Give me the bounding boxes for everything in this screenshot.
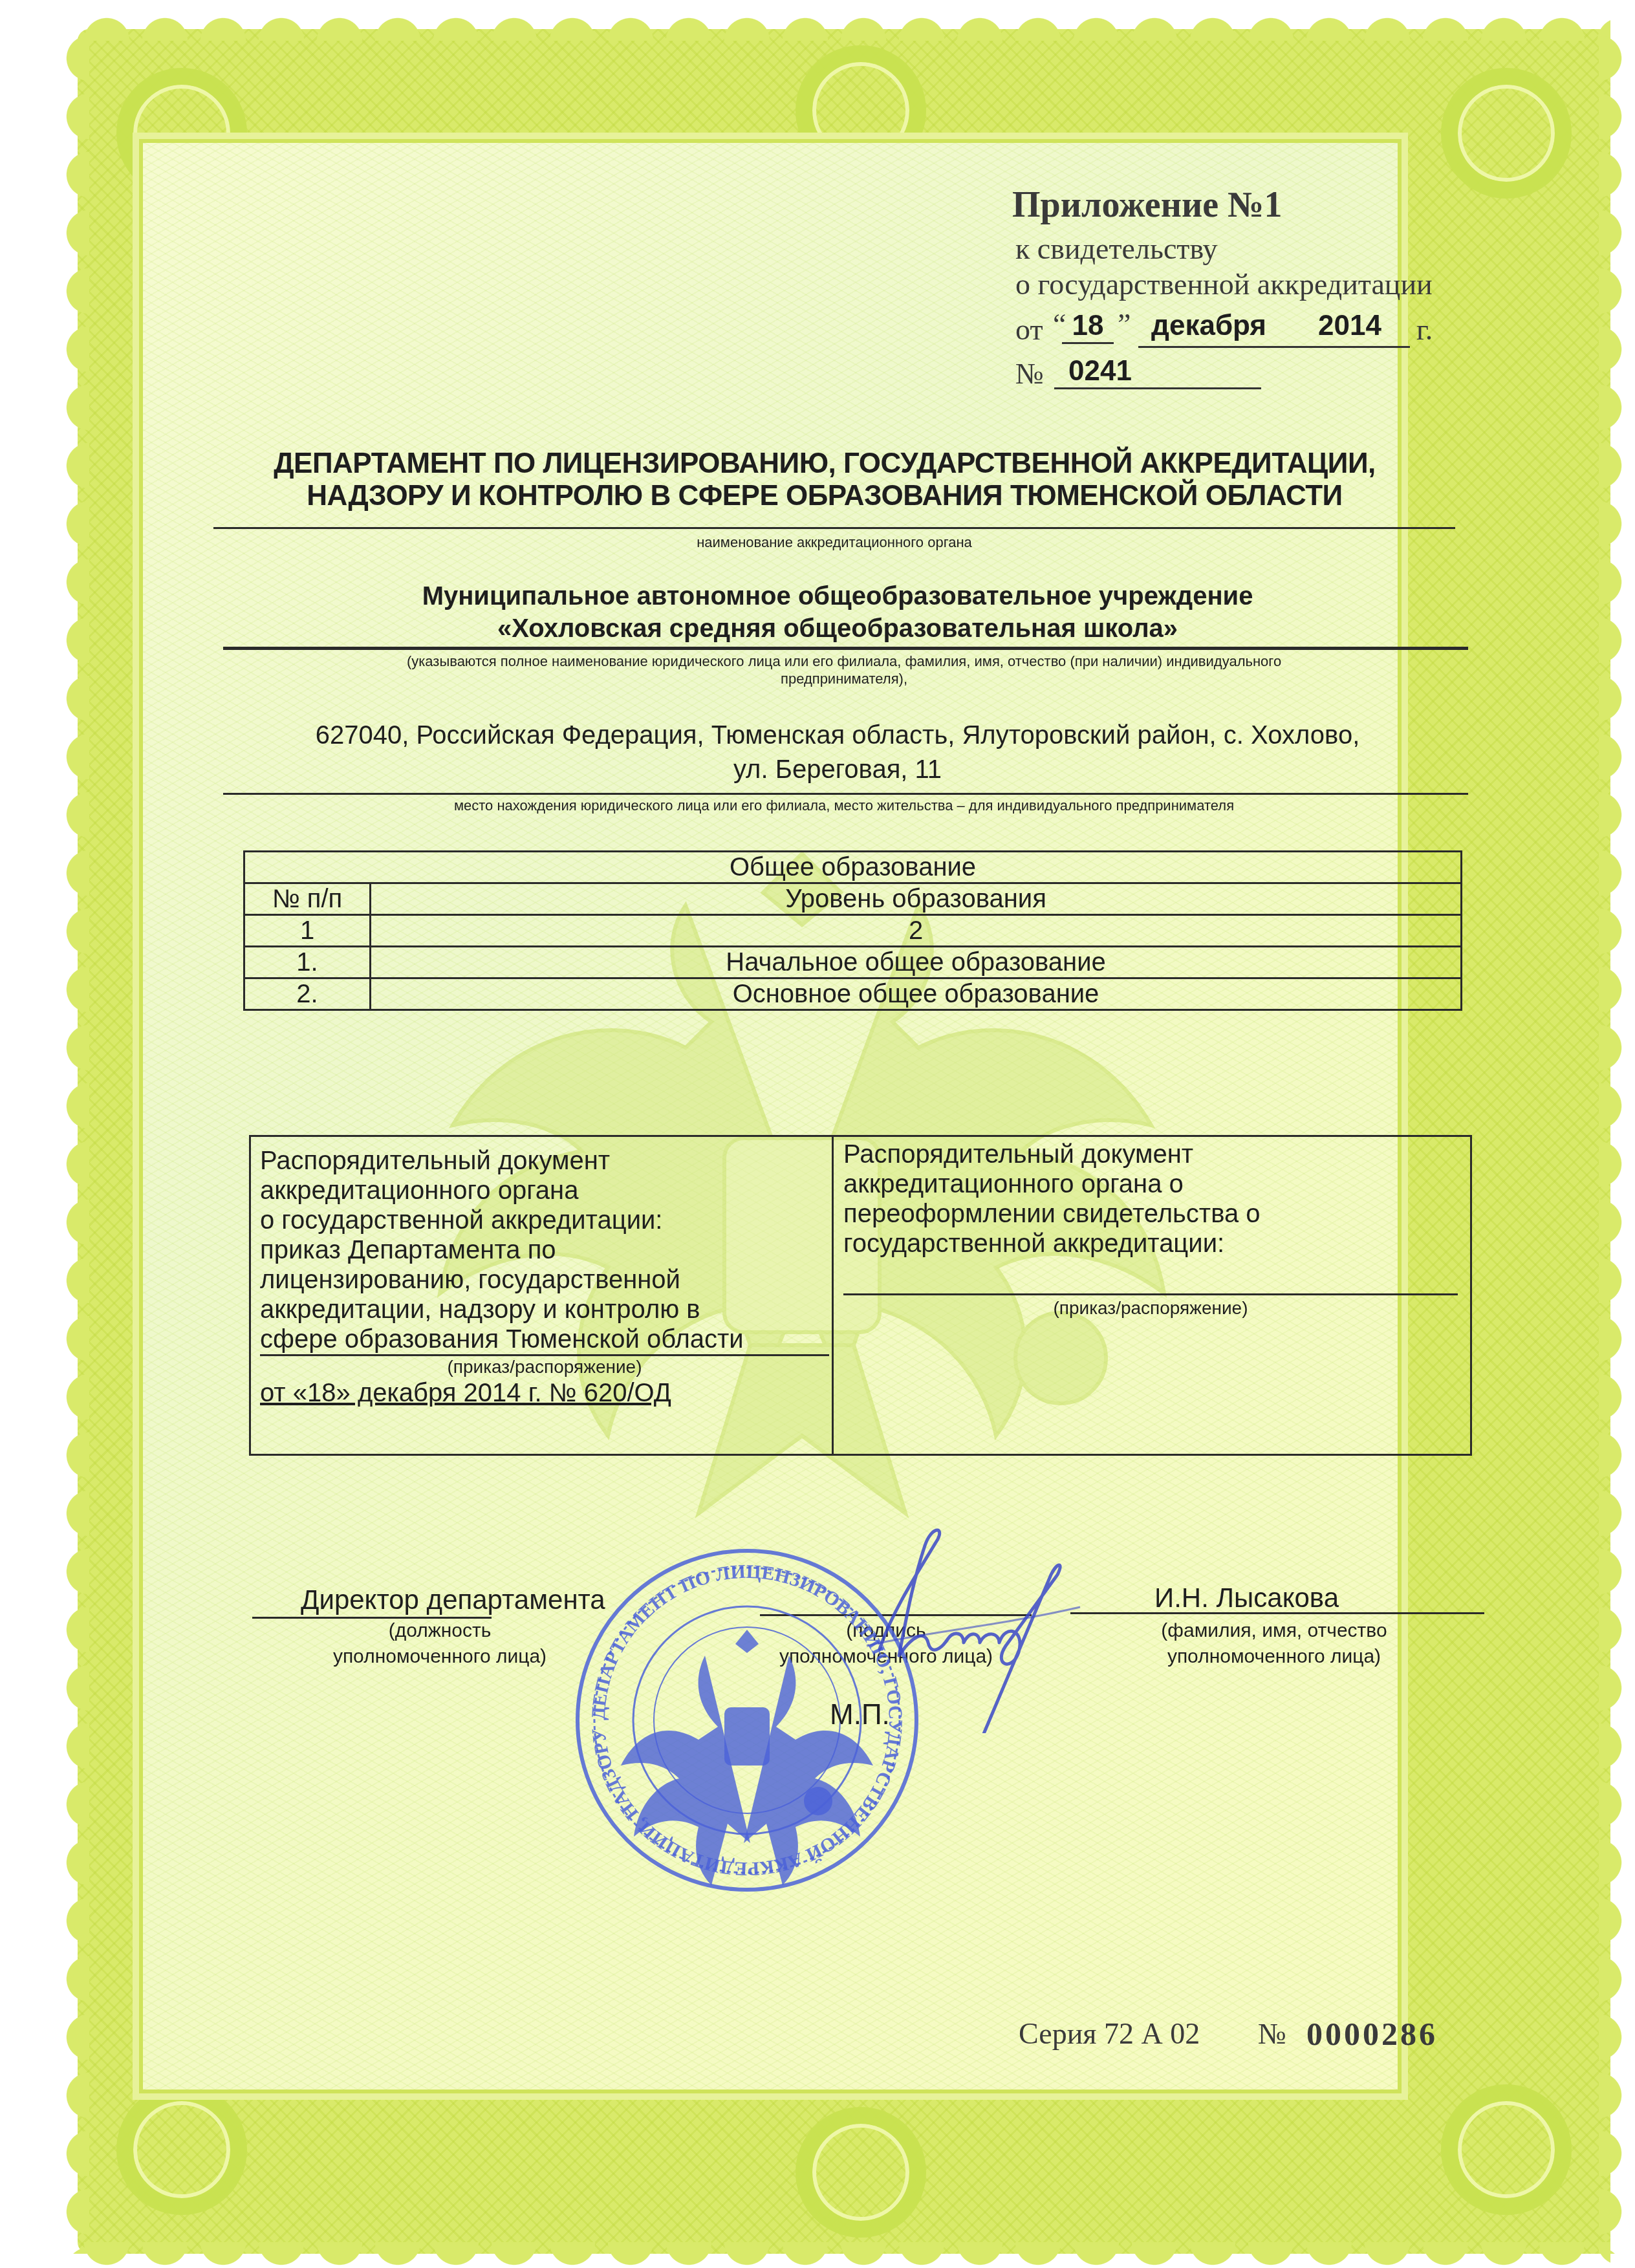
position-value: Директор департамента bbox=[301, 1584, 605, 1615]
table-index-row: 1 2 bbox=[244, 915, 1462, 947]
border-scallop-bottom bbox=[78, 2242, 1610, 2265]
date-suffix: г. bbox=[1416, 312, 1433, 347]
reissue-order-text: государственной аккредитации: bbox=[843, 1229, 1458, 1258]
organization-underline bbox=[223, 647, 1468, 650]
table-header-number: № п/п bbox=[244, 883, 371, 915]
reissue-order-text: аккредитационного органа о bbox=[843, 1169, 1458, 1199]
date-year: 2014 bbox=[1318, 310, 1381, 342]
table-row-level: Начальное общее образование bbox=[371, 947, 1462, 978]
authority-name-line1: ДЕПАРТАМЕНТ ПО ЛИЦЕНЗИРОВАНИЮ, ГОСУДАРСТ… bbox=[194, 448, 1455, 480]
table-index-cell: 1 bbox=[244, 915, 371, 947]
organization-caption-line2: предпринимателя), bbox=[220, 671, 1468, 687]
ornament-swirl-icon bbox=[1441, 68, 1572, 199]
address-underline bbox=[223, 793, 1468, 795]
position-underline bbox=[252, 1617, 492, 1619]
accreditation-order-text: приказ Департамента по bbox=[260, 1235, 816, 1265]
reissue-order-caption: (приказ/распоряжение) bbox=[843, 1295, 1458, 1321]
accreditation-order-column: Распорядительный документ аккредитационн… bbox=[260, 1146, 816, 1454]
reissue-order-text: переоформлении свидетельства о bbox=[843, 1199, 1458, 1229]
table-row: 1. Начальное общее образование bbox=[244, 947, 1462, 978]
name-underline bbox=[1070, 1612, 1484, 1614]
table-row-level: Основное общее образование bbox=[371, 978, 1462, 1010]
accreditation-order-reference: от «18» декабря 2014 г. № 620/ОД bbox=[260, 1378, 816, 1408]
certificate-number: № 0241 bbox=[1015, 352, 1274, 391]
accreditation-order-text: Распорядительный документ bbox=[260, 1146, 816, 1176]
blank-number-value: 0000286 bbox=[1306, 2015, 1438, 2053]
accreditation-order-caption: (приказ/распоряжение) bbox=[260, 1356, 829, 1378]
seal-mark: М.П. bbox=[830, 1699, 890, 1731]
reissue-order-column: Распорядительный документ аккредитационн… bbox=[843, 1139, 1458, 1454]
table-index-cell: 2 bbox=[371, 915, 1462, 947]
appendix-title: Приложение №1 bbox=[1012, 184, 1282, 226]
border-scallop-left bbox=[66, 29, 89, 2254]
education-levels-table: Общее образование № п/п Уровень образова… bbox=[243, 850, 1462, 1011]
number-value-field: 0241 bbox=[1054, 355, 1261, 389]
table-header-row: № п/п Уровень образования bbox=[244, 883, 1462, 915]
address-caption: место нахождения юридического лица или е… bbox=[220, 797, 1468, 814]
position-caption-line1: (должность bbox=[259, 1620, 621, 1642]
authority-name-line2: НАДЗОРУ И КОНТРОЛЮ В СФЕРЕ ОБРАЗОВАНИЯ Т… bbox=[194, 480, 1455, 512]
ornament-swirl-icon bbox=[116, 2084, 247, 2215]
reissue-order-blank-field bbox=[843, 1258, 1458, 1295]
accreditation-order-text: аккредитации, надзору и контролю в bbox=[260, 1295, 816, 1324]
date-close-quote: ” bbox=[1118, 307, 1131, 341]
ornament-swirl-icon bbox=[1441, 2084, 1572, 2215]
organization-caption-line1: (указываются полное наименование юридиче… bbox=[220, 653, 1468, 670]
address-line2: ул. Береговая, 11 bbox=[207, 755, 1468, 784]
table-row-number: 1. bbox=[244, 947, 371, 978]
organization-name-line2: «Хохловская средняя общеобразовательная … bbox=[207, 614, 1468, 643]
accreditation-order-text: лицензированию, государственной bbox=[260, 1265, 816, 1295]
date-month: декабря bbox=[1151, 310, 1266, 342]
blank-number-prefix: № bbox=[1258, 2016, 1286, 2051]
border-scallop-right bbox=[1599, 29, 1622, 2254]
table-section-row: Общее образование bbox=[244, 852, 1462, 883]
table-section-title: Общее образование bbox=[244, 852, 1462, 883]
ornament-swirl-icon bbox=[796, 2107, 926, 2238]
accreditation-order-text: аккредитационного органа bbox=[260, 1176, 816, 1205]
certificate-series: Серия 72 А 02 bbox=[1019, 2016, 1200, 2051]
appendix-subtitle-line2: о государственной аккредитации bbox=[1015, 267, 1433, 301]
authority-caption: наименование аккредитационного органа bbox=[213, 534, 1455, 551]
date-prefix: от bbox=[1015, 312, 1043, 347]
date-day-field: 18 bbox=[1062, 310, 1114, 344]
position-caption-line2: уполномоченного лица) bbox=[259, 1646, 621, 1668]
name-caption-line1: (фамилия, имя, отчество bbox=[1099, 1620, 1449, 1642]
accreditation-order-text: о государственной аккредитации: bbox=[260, 1205, 816, 1235]
organization-name-line1: Муниципальное автономное общеобразовател… bbox=[207, 582, 1468, 611]
box-divider bbox=[832, 1137, 834, 1454]
table-row: 2. Основное общее образование bbox=[244, 978, 1462, 1010]
reissue-order-text: Распорядительный документ bbox=[843, 1139, 1458, 1169]
table-header-level: Уровень образования bbox=[371, 883, 1462, 915]
border-scallop-top bbox=[78, 17, 1610, 41]
authority-underline bbox=[213, 527, 1455, 529]
handwritten-signature-icon bbox=[854, 1520, 1125, 1733]
date-month-year-field: декабря 2014 bbox=[1138, 310, 1410, 348]
name-caption-line2: уполномоченного лица) bbox=[1099, 1646, 1449, 1668]
number-prefix: № bbox=[1015, 356, 1044, 391]
certificate-date: от “ 18 ” декабря 2014 г. bbox=[1015, 307, 1468, 346]
address-line1: 627040, Российская Федерация, Тюменская … bbox=[207, 721, 1468, 750]
table-row-number: 2. bbox=[244, 978, 371, 1010]
name-value: И.Н. Лысакова bbox=[1154, 1582, 1339, 1614]
accreditation-order-text: сферe образования Тюменской области bbox=[260, 1324, 829, 1356]
appendix-subtitle-line1: к свидетельству bbox=[1015, 232, 1218, 266]
administrative-documents-box: Распорядительный документ аккредитационн… bbox=[249, 1135, 1472, 1456]
